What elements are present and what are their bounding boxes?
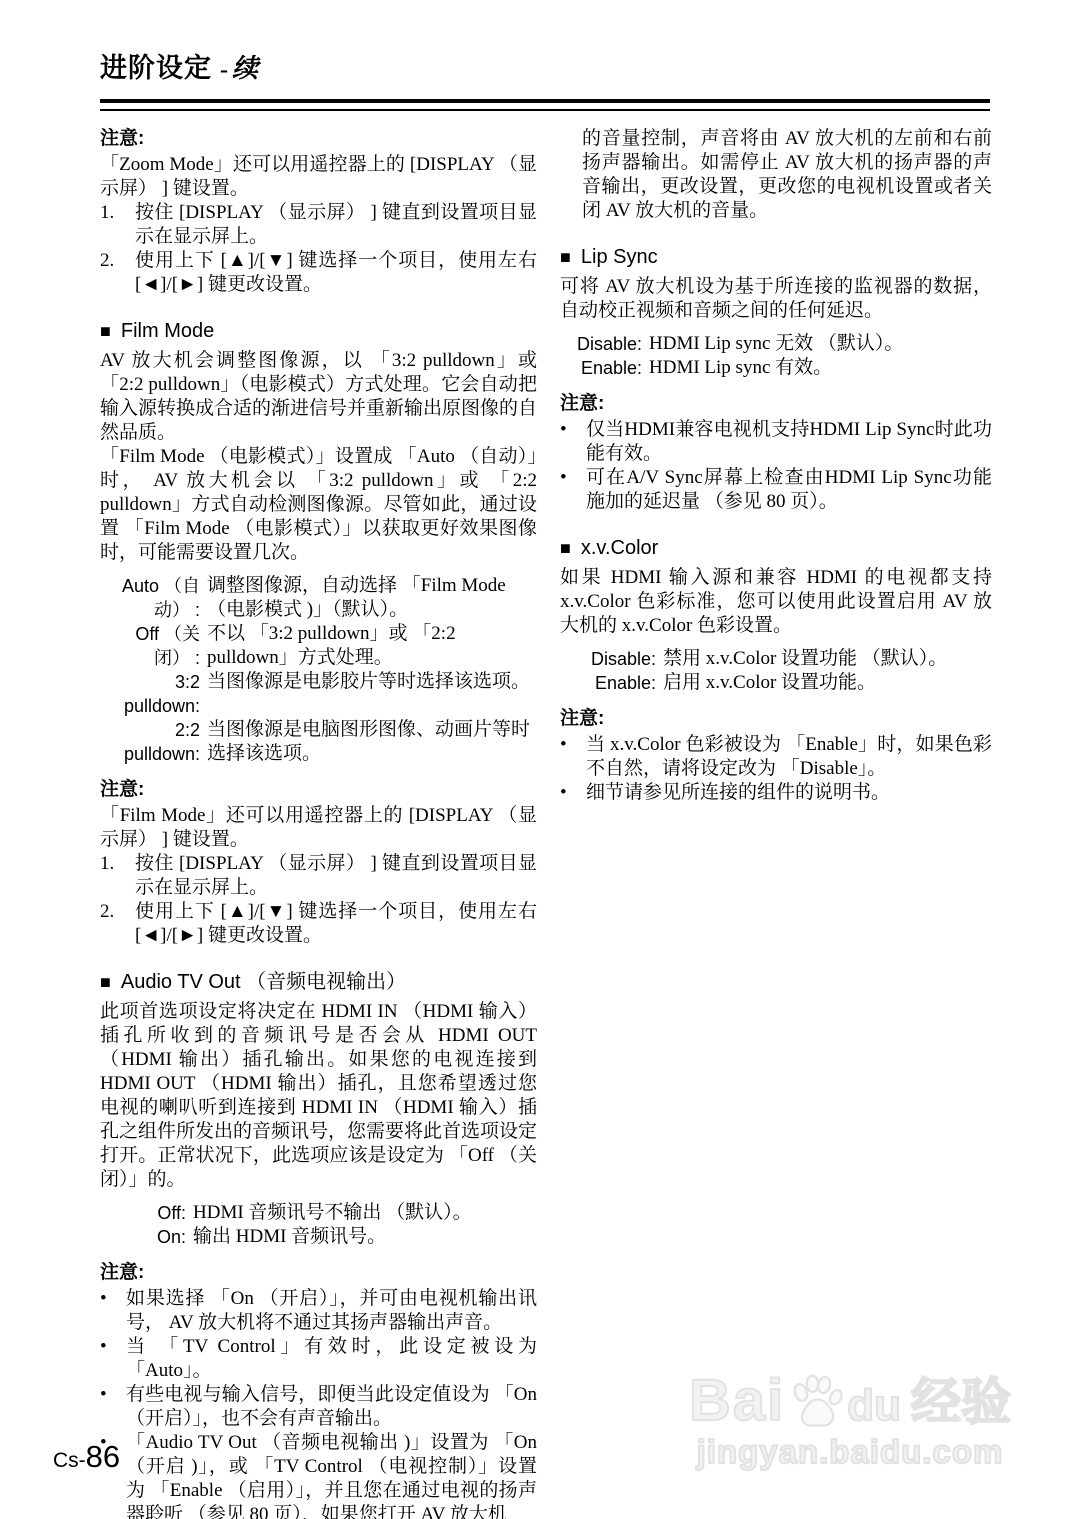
option-description: 输出 HDMI 音频讯号。 [193, 1225, 537, 1249]
bullet-text: 「Audio TV Out （音频电视输出 )」设置为 「On （开启 )」，或… [126, 1431, 537, 1519]
bullet-icon: • [100, 1287, 126, 1335]
note-intro: 「Zoom Mode」还可以用遥控器上的 [DISPLAY （显示屏） ] 键设… [100, 153, 537, 201]
option-label: Enable: [560, 671, 663, 695]
option-row: Enable: 启用 x.v.Color 设置功能。 [560, 671, 992, 695]
watermark-url: jingyan.baidu.com [689, 1432, 1011, 1472]
watermark-brand-bai: Bai [689, 1372, 785, 1430]
step-text: 按住 [DISPLAY （显示屏） ] 键直到设置项目显示在显示屏上。 [135, 201, 537, 249]
section-heading-lip-sync: ■ Lip Sync [560, 245, 992, 269]
option-description: HDMI Lip sync 无效 （默认）。 [649, 332, 992, 356]
option-description: HDMI 音频讯号不输出 （默认）。 [193, 1201, 537, 1225]
option-row: 3:2 pulldown: 当图像源是电影胶片等时选择该选项。 [100, 670, 537, 718]
bullet-item: • 有些电视与输入信号，即便当此设定值设为 「On （开启）」，也不会有声音输出… [100, 1383, 537, 1431]
bullet-text: 如果选择 「On （开启）」，并可由电视机输出讯号， AV 放大机将不通过其扬声… [126, 1287, 537, 1335]
bullet-icon: • [100, 1383, 126, 1431]
option-row: Off （关闭） : 不以 「3:2 pulldown」或 「2:2 pulld… [100, 622, 537, 670]
step-text: 使用上下 [▲]/[▼] 键选择一个项目，使用左右 [◄]/[►] 键更改设置。 [135, 249, 537, 297]
section-title: Audio TV Out （音频电视输出） [121, 970, 406, 994]
option-label: Enable: [560, 356, 649, 380]
option-label: Off: [100, 1201, 193, 1225]
option-row: Disable: HDMI Lip sync 无效 （默认）。 [560, 332, 992, 356]
bullet-text: 当 x.v.Color 色彩被设为 「Enable」时，如果色彩不自然，请将设定… [586, 733, 992, 781]
option-label: 3:2 pulldown: [100, 670, 207, 718]
option-description: 不以 「3:2 pulldown」或 「2:2 pulldown」方式处理。 [207, 622, 537, 670]
section-title: x.v.Color [581, 536, 658, 560]
section-marker-icon: ■ [100, 322, 111, 340]
option-row: Enable: HDMI Lip sync 有效。 [560, 356, 992, 380]
section-marker-icon: ■ [100, 973, 111, 991]
option-list-lip-sync: Disable: HDMI Lip sync 无效 （默认）。 Enable: … [560, 332, 992, 380]
left-column: 注意: 「Zoom Mode」还可以用遥控器上的 [DISPLAY （显示屏） … [100, 127, 537, 1519]
paragraph: 此项首选项设定将决定在 HDMI IN （HDMI 输入）插孔所收到的音频讯号是… [100, 1000, 537, 1192]
bullet-item: • 当 「TV Control」有效时，此设定被设为 「Auto」。 [100, 1335, 537, 1383]
option-label: Off （关闭） : [100, 622, 207, 670]
bullet-text: 细节请参见所连接的组件的说明书。 [586, 781, 992, 805]
note-heading: 注意: [560, 392, 992, 416]
note-heading: 注意: [100, 127, 537, 151]
section-title: Film Mode [121, 319, 214, 343]
option-row: Auto （自动） : 调整图像源，自动选择 「Film Mode （电影模式 … [100, 574, 537, 622]
bullet-item: • 如果选择 「On （开启）」，并可由电视机输出讯号， AV 放大机将不通过其… [100, 1287, 537, 1335]
bullet-item: • 可在A/V Sync屏幕上检查由HDMI Lip Sync功能施加的延迟量 … [560, 466, 992, 514]
step-number: 1. [100, 852, 135, 900]
bullet-item: • 仅当HDMI兼容电视机支持HDMI Lip Sync时此功能有效。 [560, 418, 992, 466]
title-dash: - [220, 57, 228, 83]
option-description: 调整图像源，自动选择 「Film Mode （电影模式 )」（默认）。 [207, 574, 537, 622]
option-label: 2:2 pulldown: [100, 718, 207, 766]
option-label: Auto （自动） : [100, 574, 207, 622]
option-label: Disable: [560, 647, 663, 671]
bullet-item: • 细节请参见所连接的组件的说明书。 [560, 781, 992, 805]
paragraph: 如果 HDMI 输入源和兼容 HDMI 的电视都支持 x.v.Color 色彩标… [560, 566, 992, 638]
section-title: Lip Sync [581, 245, 658, 269]
bullet-icon: • [560, 418, 586, 466]
option-row: On: 输出 HDMI 音频讯号。 [100, 1225, 537, 1249]
option-row: Off: HDMI 音频讯号不输出 （默认）。 [100, 1201, 537, 1225]
right-column: 的音量控制，声音将由 AV 放大机的左前和右前扬声器输出。如需停止 AV 放大机… [560, 127, 992, 805]
bullet-icon: • [560, 781, 586, 805]
manual-page: 进阶设定-续 注意: 「Zoom Mode」还可以用遥控器上的 [DISPLAY… [0, 0, 1075, 1519]
page-number-prefix: Cs- [53, 1449, 86, 1473]
baidu-paw-icon [787, 1374, 845, 1432]
paragraph: AV 放大机会调整图像源，以 「3:2 pulldown」或 「2:2 pull… [100, 349, 537, 445]
section-marker-icon: ■ [560, 539, 571, 557]
option-label: On: [100, 1225, 193, 1249]
step-item: 1. 按住 [DISPLAY （显示屏） ] 键直到设置项目显示在显示屏上。 [100, 852, 537, 900]
step-item: 2. 使用上下 [▲]/[▼] 键选择一个项目，使用左右 [◄]/[►] 键更改… [100, 900, 537, 948]
bullet-item: • 「Audio TV Out （音频电视输出 )」设置为 「On （开启 )」… [100, 1431, 537, 1519]
bullet-item: • 当 x.v.Color 色彩被设为 「Enable」时，如果色彩不自然，请将… [560, 733, 992, 781]
bullet-text: 仅当HDMI兼容电视机支持HDMI Lip Sync时此功能有效。 [586, 418, 992, 466]
title-continued: 续 [232, 54, 258, 83]
option-row: 2:2 pulldown: 当图像源是电脑图形图像、动画片等时选择该选项。 [100, 718, 537, 766]
paragraph: 「Film Mode （电影模式）」设置成 「Auto （自动）」时， AV 放… [100, 445, 537, 565]
step-number: 2. [100, 900, 135, 948]
option-description: HDMI Lip sync 有效。 [649, 356, 992, 380]
bullet-icon: • [100, 1335, 126, 1383]
watermark-brand-cn: 经验 [911, 1374, 1011, 1430]
note-heading: 注意: [100, 778, 537, 802]
page-header: 进阶设定-续 [100, 56, 990, 84]
option-description: 当图像源是电影胶片等时选择该选项。 [207, 670, 537, 718]
bullet-icon: • [560, 733, 586, 781]
step-item: 2. 使用上下 [▲]/[▼] 键选择一个项目，使用左右 [◄]/[►] 键更改… [100, 249, 537, 297]
step-number: 2. [100, 249, 135, 297]
option-description: 禁用 x.v.Color 设置功能 （默认）。 [663, 647, 992, 671]
step-number: 1. [100, 201, 135, 249]
section-heading-xv-color: ■ x.v.Color [560, 536, 992, 560]
continuation-paragraph: 的音量控制，声音将由 AV 放大机的左前和右前扬声器输出。如需停止 AV 放大机… [560, 127, 992, 223]
page-number: Cs-86 [53, 1445, 120, 1473]
watermark-brand-du: du [847, 1382, 901, 1430]
header-divider [100, 99, 990, 111]
bullet-text: 可在A/V Sync屏幕上检查由HDMI Lip Sync功能施加的延迟量 （参… [586, 466, 992, 514]
step-item: 1. 按住 [DISPLAY （显示屏） ] 键直到设置项目显示在显示屏上。 [100, 201, 537, 249]
option-list-audio-tv-out: Off: HDMI 音频讯号不输出 （默认）。 On: 输出 HDMI 音频讯号… [100, 1201, 537, 1249]
page-number-value: 86 [86, 1445, 120, 1469]
option-description: 启用 x.v.Color 设置功能。 [663, 671, 992, 695]
bullet-text: 当 「TV Control」有效时，此设定被设为 「Auto」。 [126, 1335, 537, 1383]
option-label: Disable: [560, 332, 649, 356]
bullet-text: 有些电视与输入信号，即便当此设定值设为 「On （开启）」，也不会有声音输出。 [126, 1383, 537, 1431]
option-row: Disable: 禁用 x.v.Color 设置功能 （默认）。 [560, 647, 992, 671]
note-heading: 注意: [100, 1261, 537, 1285]
section-heading-film-mode: ■ Film Mode [100, 319, 537, 343]
section-heading-audio-tv-out: ■ Audio TV Out （音频电视输出） [100, 970, 537, 994]
watermark-brand-row: Bai du 经验 [689, 1372, 1011, 1430]
paragraph: 可将 AV 放大机设为基于所连接的监视器的数据，自动校正视频和音频之间的任何延迟… [560, 275, 992, 323]
note-intro: 「Film Mode」还可以用遥控器上的 [DISPLAY （显示屏） ] 键设… [100, 804, 537, 852]
baidu-jingyan-watermark: Bai du 经验 jingyan.baidu.com [689, 1372, 1011, 1472]
option-list-xv-color: Disable: 禁用 x.v.Color 设置功能 （默认）。 Enable:… [560, 647, 992, 695]
note-heading: 注意: [560, 707, 992, 731]
step-text: 使用上下 [▲]/[▼] 键选择一个项目，使用左右 [◄]/[►] 键更改设置。 [135, 900, 537, 948]
section-marker-icon: ■ [560, 248, 571, 266]
step-text: 按住 [DISPLAY （显示屏） ] 键直到设置项目显示在显示屏上。 [135, 852, 537, 900]
bullet-icon: • [560, 466, 586, 514]
page-title: 进阶设定 [100, 53, 212, 83]
option-description: 当图像源是电脑图形图像、动画片等时选择该选项。 [207, 718, 537, 766]
option-list-film-mode: Auto （自动） : 调整图像源，自动选择 「Film Mode （电影模式 … [100, 574, 537, 766]
